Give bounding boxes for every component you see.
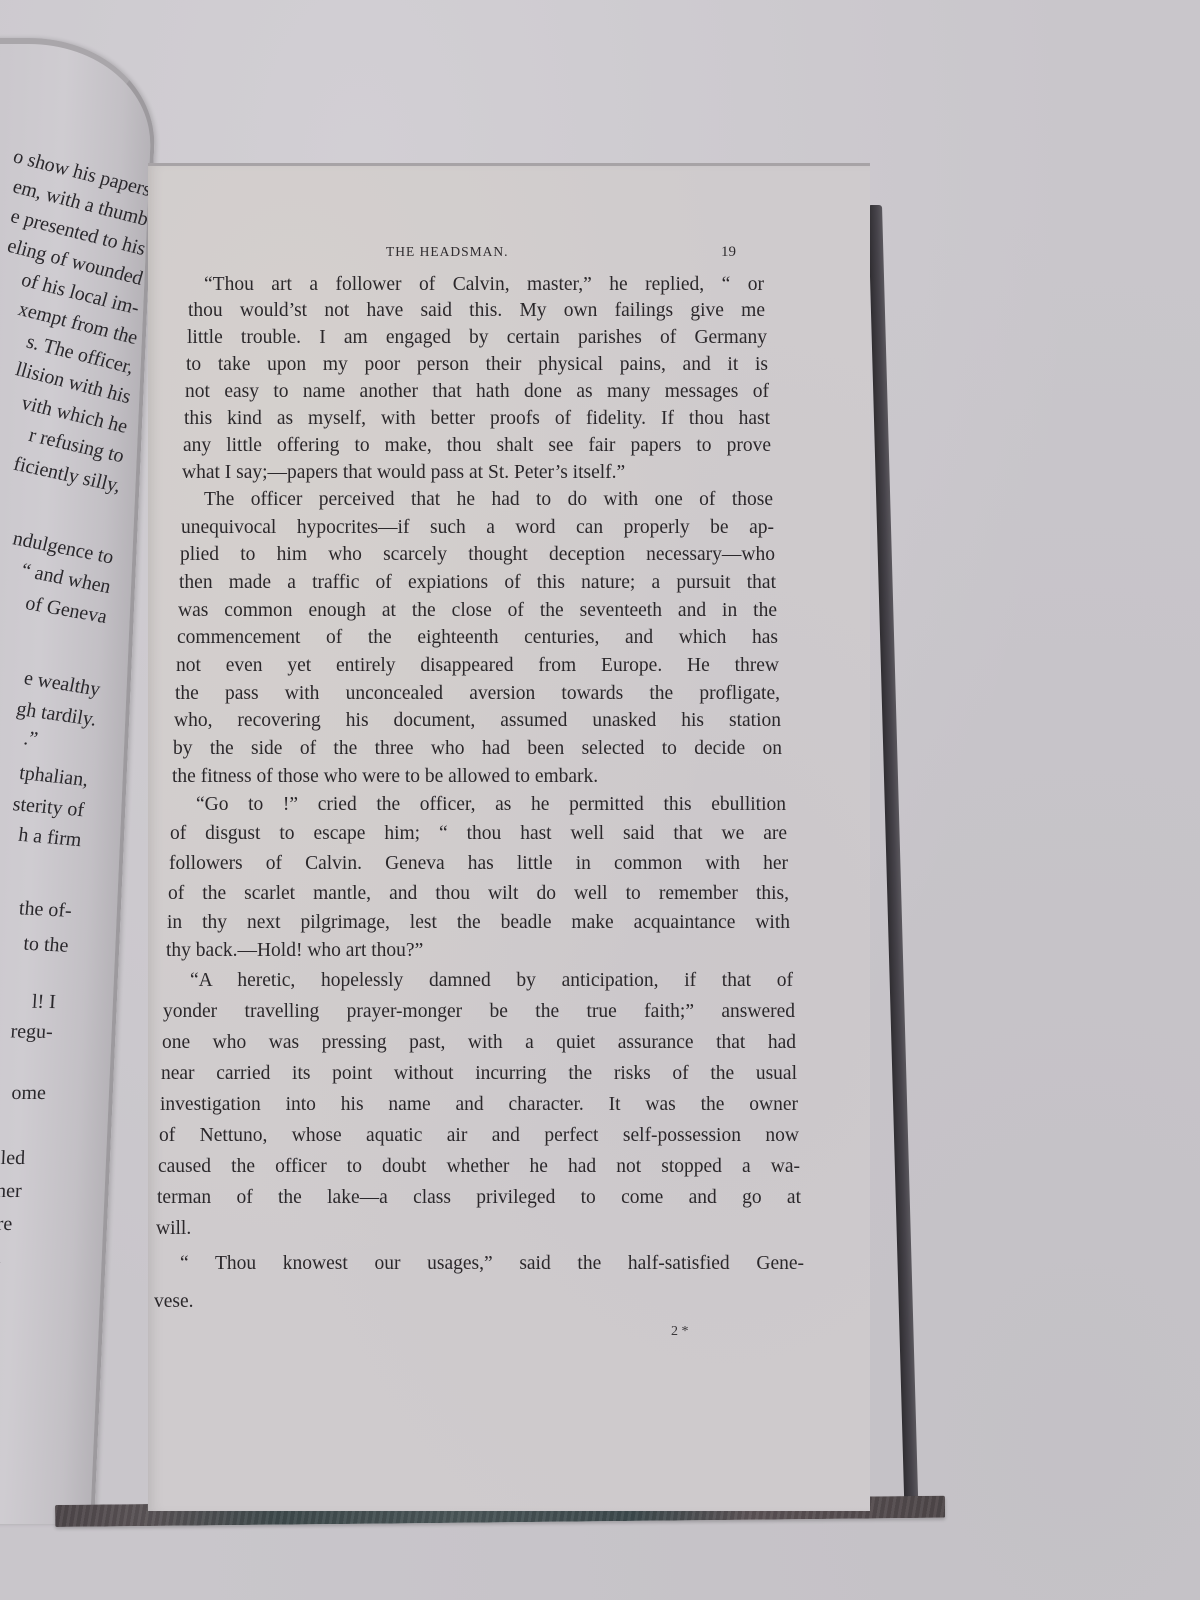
left-page-line: tphalian, [17, 759, 90, 794]
text-line: “Thou art a follower of Calvin, master,”… [204, 272, 764, 298]
text-line: in thy next pilgrimage, lest the beadle … [167, 910, 790, 936]
text-line: “A heretic, hopelessly damned by anticip… [190, 968, 793, 994]
left-page-curled: o show his papers em, with a thumb e pre… [0, 38, 159, 1524]
text-line: of Nettuno, whose aquatic air and perfec… [159, 1123, 799, 1149]
page-content: THE HEADSMAN. 19 “Thou art a follower of… [176, 244, 766, 266]
text-line: who, recovering his document, assumed un… [174, 708, 781, 734]
running-head-title: THE HEADSMAN. [386, 244, 509, 260]
text-line: this kind as myself, with better proofs … [184, 406, 770, 432]
signature-mark: 2 * [671, 1324, 689, 1340]
text-line: vese. [154, 1289, 354, 1315]
text-line: terman of the lake—a class privileged to… [157, 1185, 801, 1211]
text-line: of the scarlet mantle, and thou wilt do … [168, 881, 789, 907]
text-line: one who was pressing past, with a quiet … [162, 1030, 796, 1056]
left-page-line: d [0, 1243, 1, 1271]
left-page-line: .” [22, 724, 40, 753]
left-page-line: led [0, 1144, 26, 1172]
text-line: unequivocal hypocrites—if such a word ca… [181, 515, 774, 541]
text-line: what I say;—papers that would pass at St… [182, 460, 772, 486]
text-line: near carried its point without incurring… [161, 1061, 797, 1087]
text-line: thou would’st not have said this. My own… [188, 298, 765, 324]
text-line: commencement of the eighteenth centuries… [177, 625, 778, 651]
left-page-line: sterity of [11, 790, 86, 824]
text-line: plied to him who scarcely thought decept… [180, 542, 775, 568]
book-cover-right-edge [868, 205, 918, 1510]
text-line: of disgust to escape him; “ thou hast we… [170, 821, 787, 847]
left-page-line: l! I [31, 988, 57, 1016]
text-line: any little offering to make, thou shalt … [183, 433, 771, 459]
page-number: 19 [721, 244, 736, 261]
left-page-line: regu- [10, 1017, 54, 1046]
left-page-line: re [0, 1210, 13, 1238]
text-line: followers of Calvin. Geneva has little i… [169, 851, 788, 877]
text-line: the fitness of those who were to be allo… [172, 764, 783, 790]
text-line: the pass with unconcealed aversion towar… [175, 681, 780, 707]
left-page-line: ome [11, 1079, 47, 1107]
text-line: thy back.—Hold! who art thou?” [166, 938, 791, 964]
text-line: was common enough at the close of the se… [178, 598, 777, 624]
text-line: caused the officer to doubt whether he h… [158, 1154, 800, 1180]
text-line: little trouble. I am engaged by certain … [187, 325, 767, 351]
text-line: by the side of the three who had been se… [173, 736, 782, 762]
left-page-line: ner [0, 1177, 22, 1205]
text-line: not easy to name another that hath done … [185, 379, 769, 405]
book-page-19: THE HEADSMAN. 19 “Thou art a follower of… [148, 163, 870, 1511]
text-line: will. [156, 1216, 356, 1242]
text-line: not even yet entirely disappeared from E… [176, 653, 779, 679]
left-page-line: h a firm [16, 821, 82, 854]
text-line: “Go to !” cried the officer, as he permi… [196, 792, 786, 818]
text-line: then made a traffic of expiations of thi… [179, 570, 776, 596]
text-line: to take upon my poor person their physic… [186, 352, 768, 378]
text-line: investigation into his name and characte… [160, 1092, 798, 1118]
left-page-line: the of- [18, 894, 73, 925]
left-page-line: to the [22, 930, 70, 960]
text-line: The officer perceived that he had to do … [204, 487, 773, 513]
text-line: yonder travelling prayer-monger be the t… [163, 999, 795, 1025]
text-line: “ Thou knowest our usages,” said the hal… [180, 1251, 804, 1277]
running-head: THE HEADSMAN. 19 [176, 244, 766, 266]
